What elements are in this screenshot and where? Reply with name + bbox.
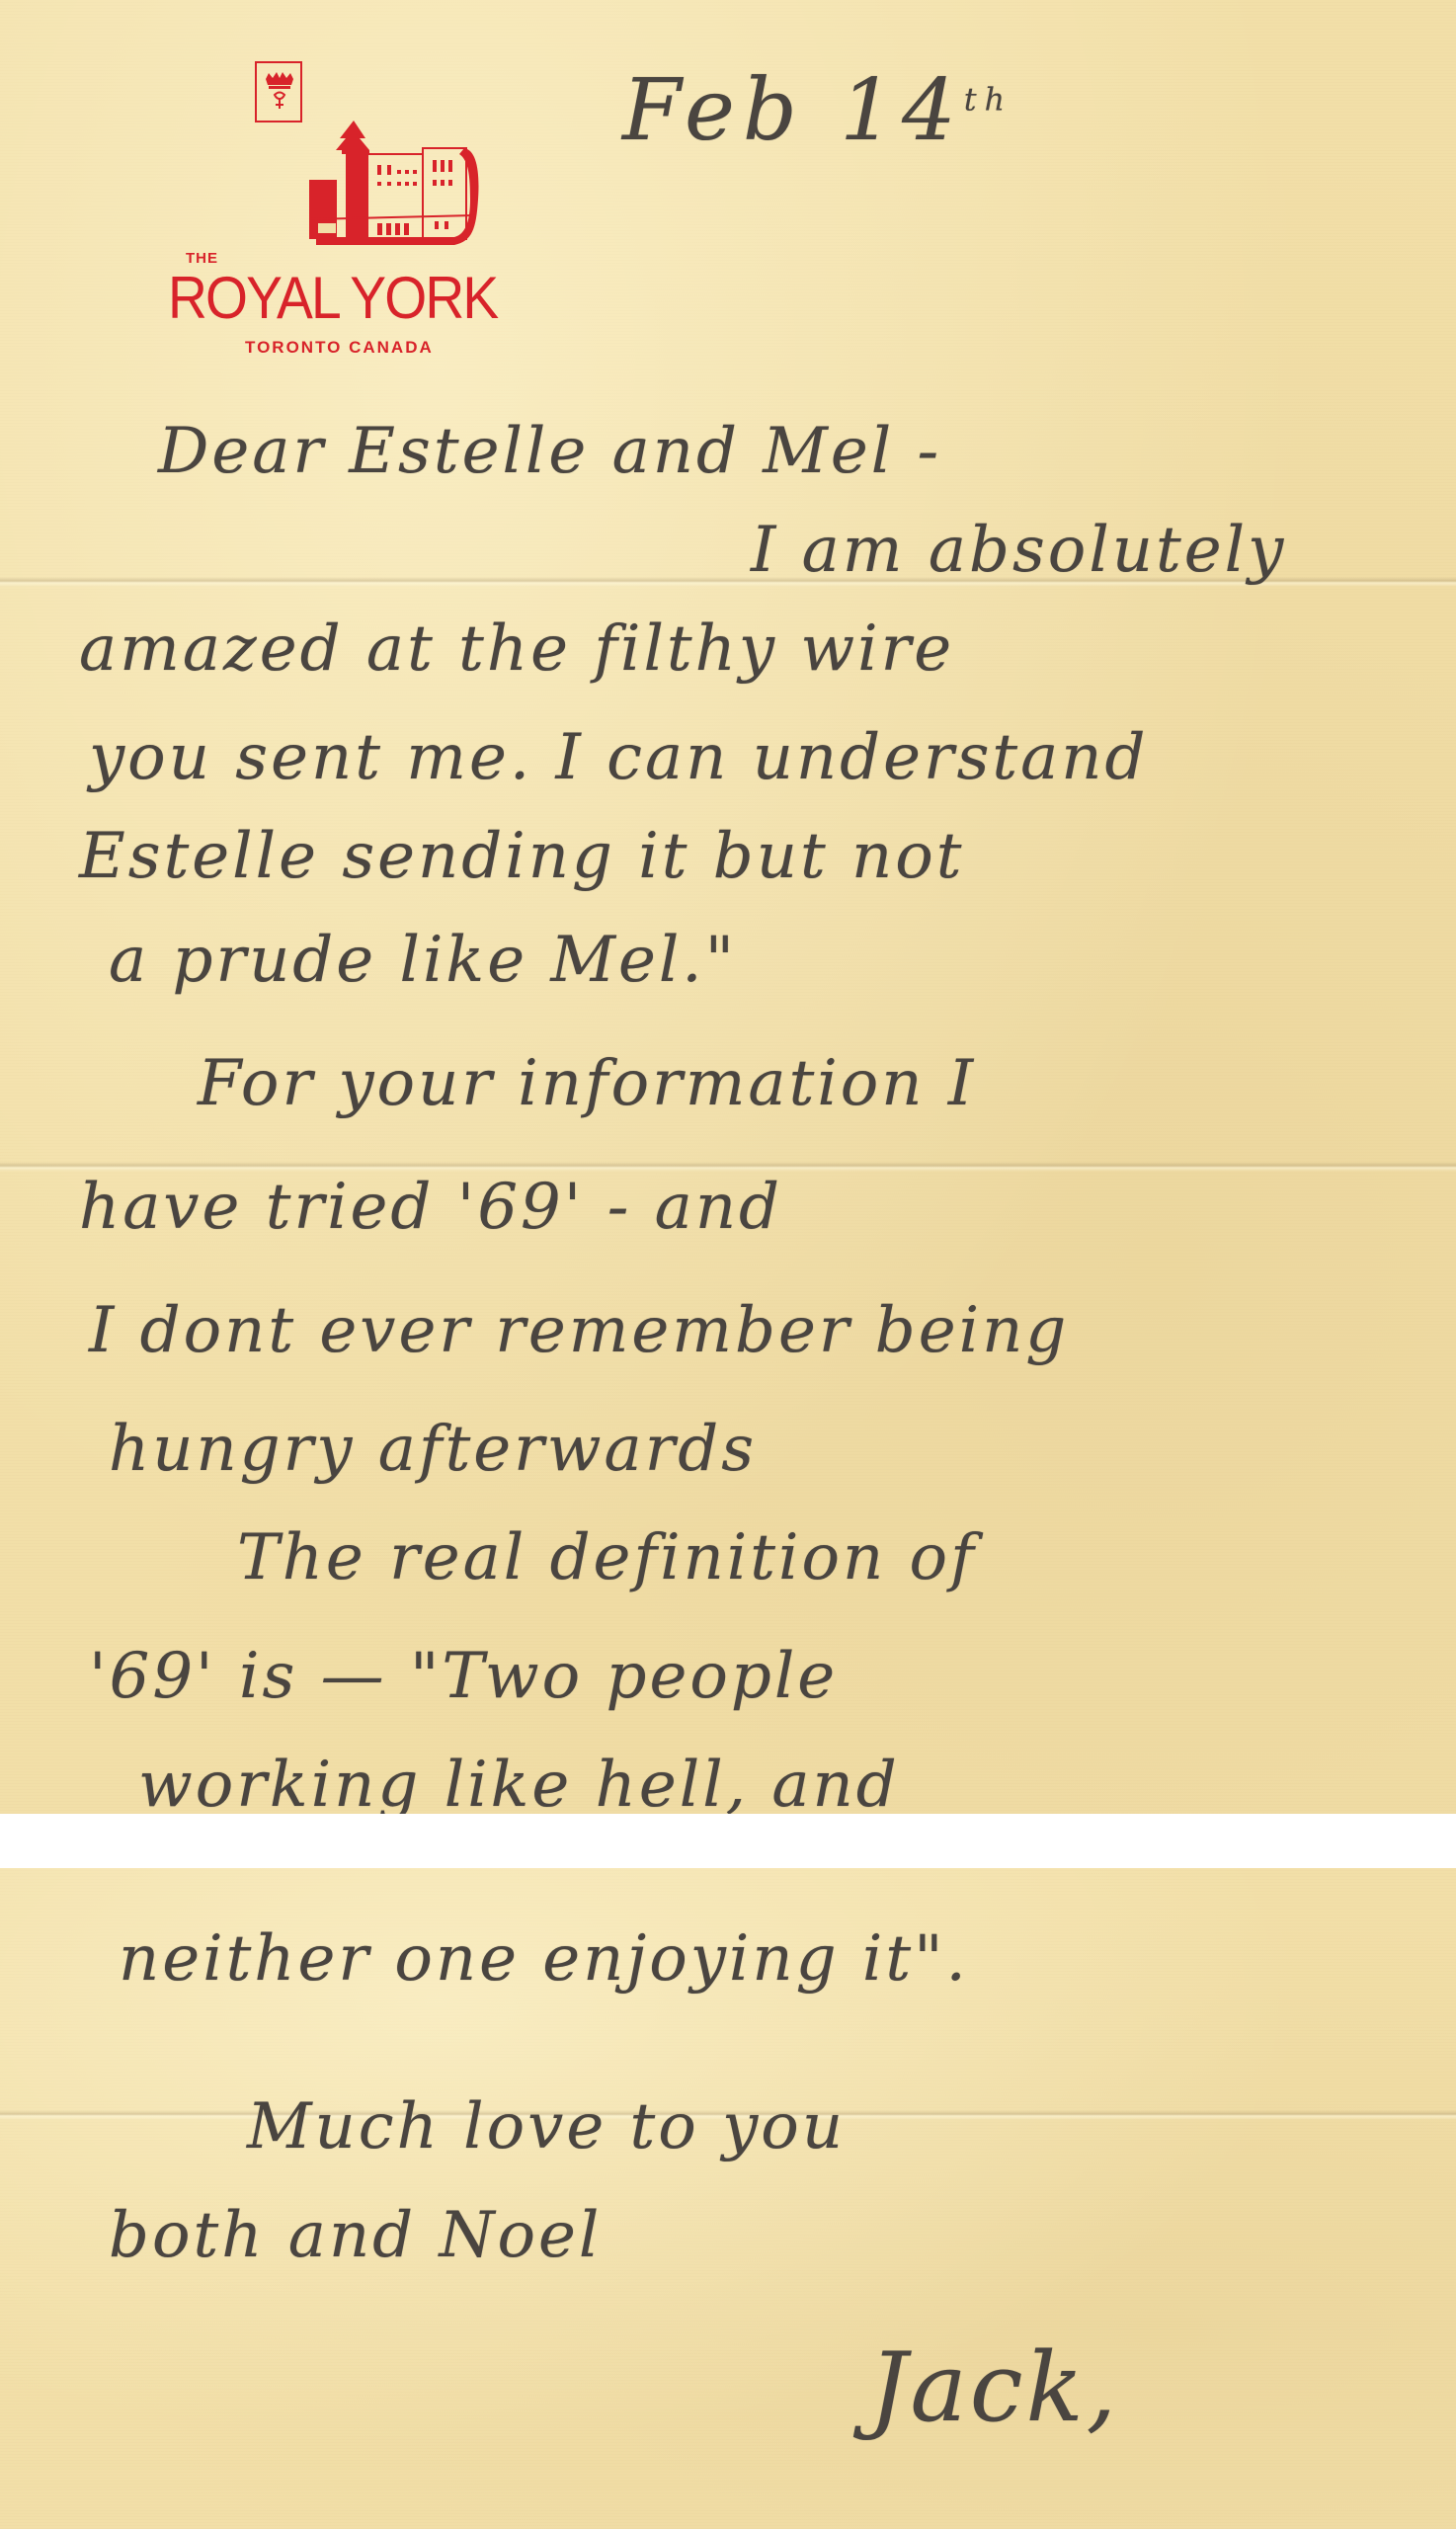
hotel-name: ROYAL YORK [168,269,497,328]
letter-line: neither one enjoying it". [119,1922,969,1996]
letter-line: For your information I [198,1047,976,1120]
letter-line: amazed at the filthy wire [79,612,954,686]
letter-line: hungry afterwards [109,1413,757,1486]
letter-date: Feb 14th [622,61,1012,160]
page-gap [0,1814,1456,1868]
letter-line: have tried '69' - and [79,1171,782,1244]
letter-line: The real definition of [237,1521,977,1594]
closing-line: both and Noel [109,2199,602,2272]
letter-line: Estelle sending it but not [79,820,964,893]
letter-line: '69' is — "Two people [89,1640,838,1713]
crown-monogram-icon [263,69,296,115]
letter-line: working like hell, and [138,1749,900,1814]
date-suffix: th [964,80,1012,118]
signature: Jack, [869,2332,1119,2443]
letterhead: THE ROYAL YORK TORONTO CANADA [168,59,563,356]
letter-page-top: THE ROYAL YORK TORONTO CANADA Feb 14th D… [0,0,1456,1814]
letter-line: I dont ever remember being [89,1294,1069,1367]
salutation: Dear Estelle and Mel - [158,415,941,488]
letter-line: I am absolutely [751,514,1286,587]
crest-box [255,61,302,122]
letter-page-bottom: neither one enjoying it". Much love to y… [0,1868,1456,2529]
letter-line: you sent me. I can understand [89,721,1148,794]
letter-line: a prude like Mel." [109,924,737,997]
hotel-building-icon [306,121,479,254]
hotel-location: TORONTO CANADA [245,338,434,358]
date-text: Feb 14 [622,61,964,160]
closing-line: Much love to you [247,2090,846,2163]
